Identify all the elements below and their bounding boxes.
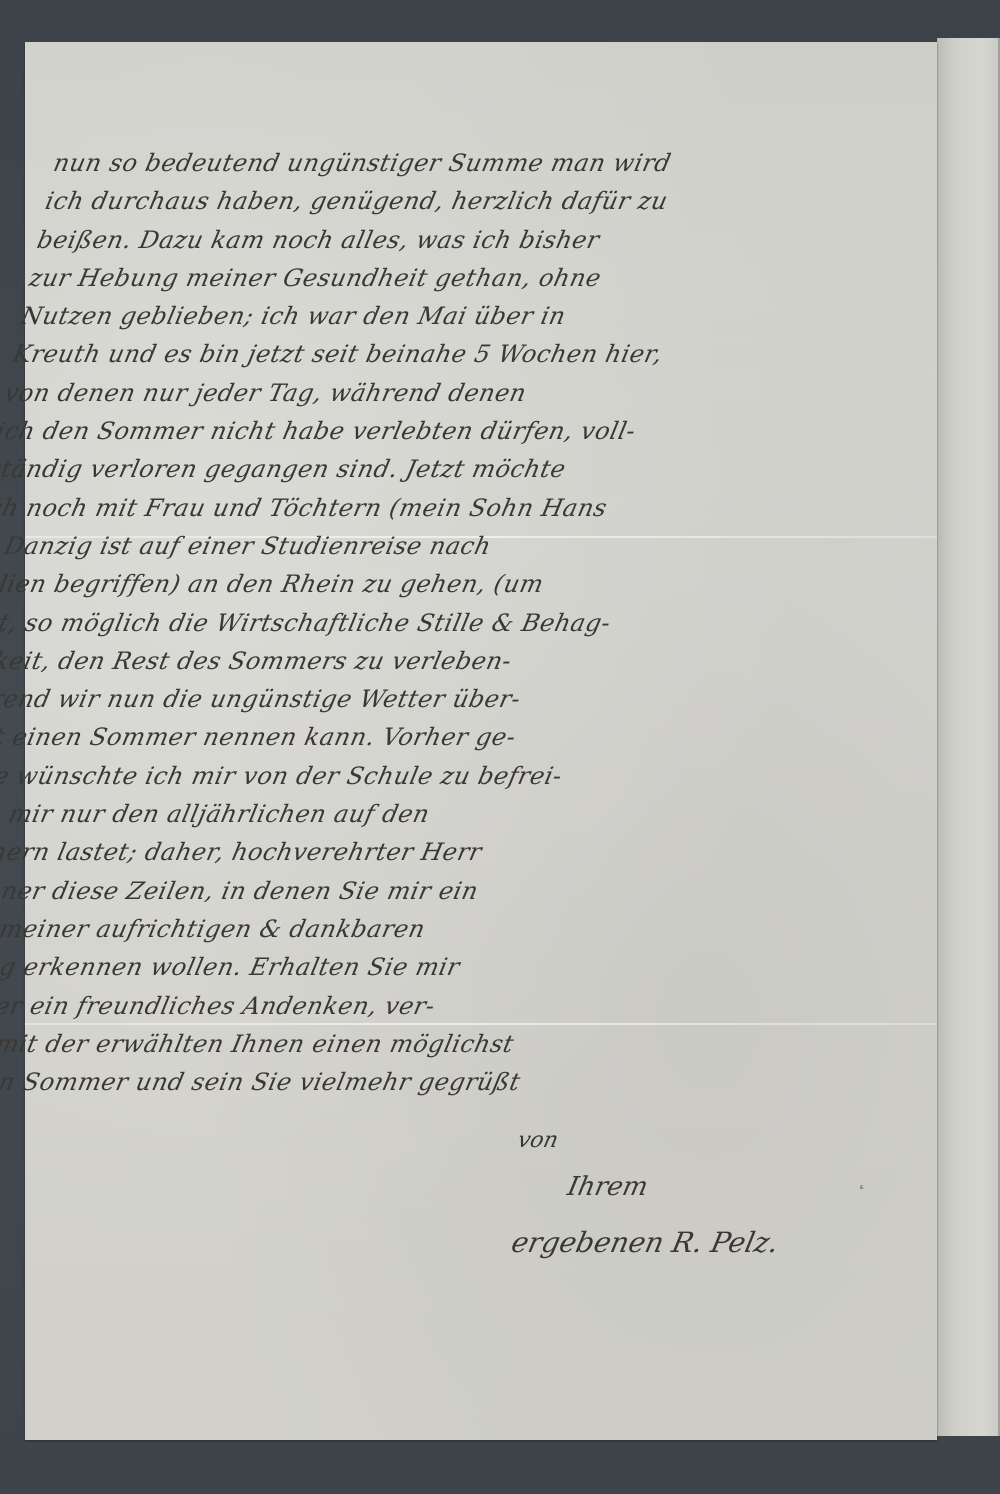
letter-line: dachte wünschte ich mir von der Schule z… [0,757,768,795]
letter-line: lichkeit, den Rest des Sommers zu verleb… [0,642,792,680]
letter-line: erträglichen Sommer und sein Sie vielmeh… [0,1063,703,1101]
letter-line: Gemüthern lastet; daher, hochverehrter H… [0,833,751,871]
letter-line: Italien begriffen) an den Rhein zu gehen… [0,565,808,603]
letter-line: in Danzig ist auf einer Studienreise nac… [0,527,817,565]
folded-page-flap [937,38,1000,1436]
letter-line: ständig verloren gegangen sind. Jetzt mö… [0,450,833,488]
letter-line: von denen nur jeder Tag, während denen [1,374,849,412]
letter-line: zur Hebung meiner Gesundheit gethan, ohn… [25,259,873,297]
letter-line: während wir nun die ungünstige Wetter üb… [0,680,784,718]
letter-line: nun so bedeutend ungünstiger Summe man w… [50,144,898,182]
marginal-mark: ᵋ [860,1182,864,1196]
letter-line: beißen. Dazu kam noch alles, was ich bis… [34,221,882,259]
letter-line: ehren Sie mit der erwählten Ihnen einen … [0,1025,711,1063]
letter-line: nur Gönner diese Zeilen, in denen Sie mi… [0,872,743,910]
letter-line: Kreuth und es bin jetzt seit beinahe 5 W… [9,335,857,373]
letter-line: haupt einen Sommer nennen kann. Vorher g… [0,718,776,756]
letter-line: ich durchaus haben, genügend, herzlich d… [42,182,890,220]
closing-von: von [515,1128,560,1153]
letter-line: ich den Sommer nicht habe verlebten dürf… [0,412,841,450]
letter-line: auch ferner ein freundliches Andenken, v… [0,987,719,1025]
closing-ihrem: Ihrem [565,1172,651,1202]
letter-line: Nutzen geblieben; ich war den Mai über i… [17,297,865,335]
letter-line: en, die mir nur den alljährlichen auf de… [0,795,760,833]
letter-line: ich noch mit Frau und Töchtern (mein Soh… [0,489,825,527]
signature: ergebenen R. Pelz. [508,1226,781,1259]
letter-line: Zeichen meiner aufrichtigen & dankbaren [0,910,735,948]
letter-line: dort, so möglich die Wirtschaftliche Sti… [0,604,800,642]
letter-line: Verehrung erkennen wollen. Erhalten Sie … [0,948,727,986]
